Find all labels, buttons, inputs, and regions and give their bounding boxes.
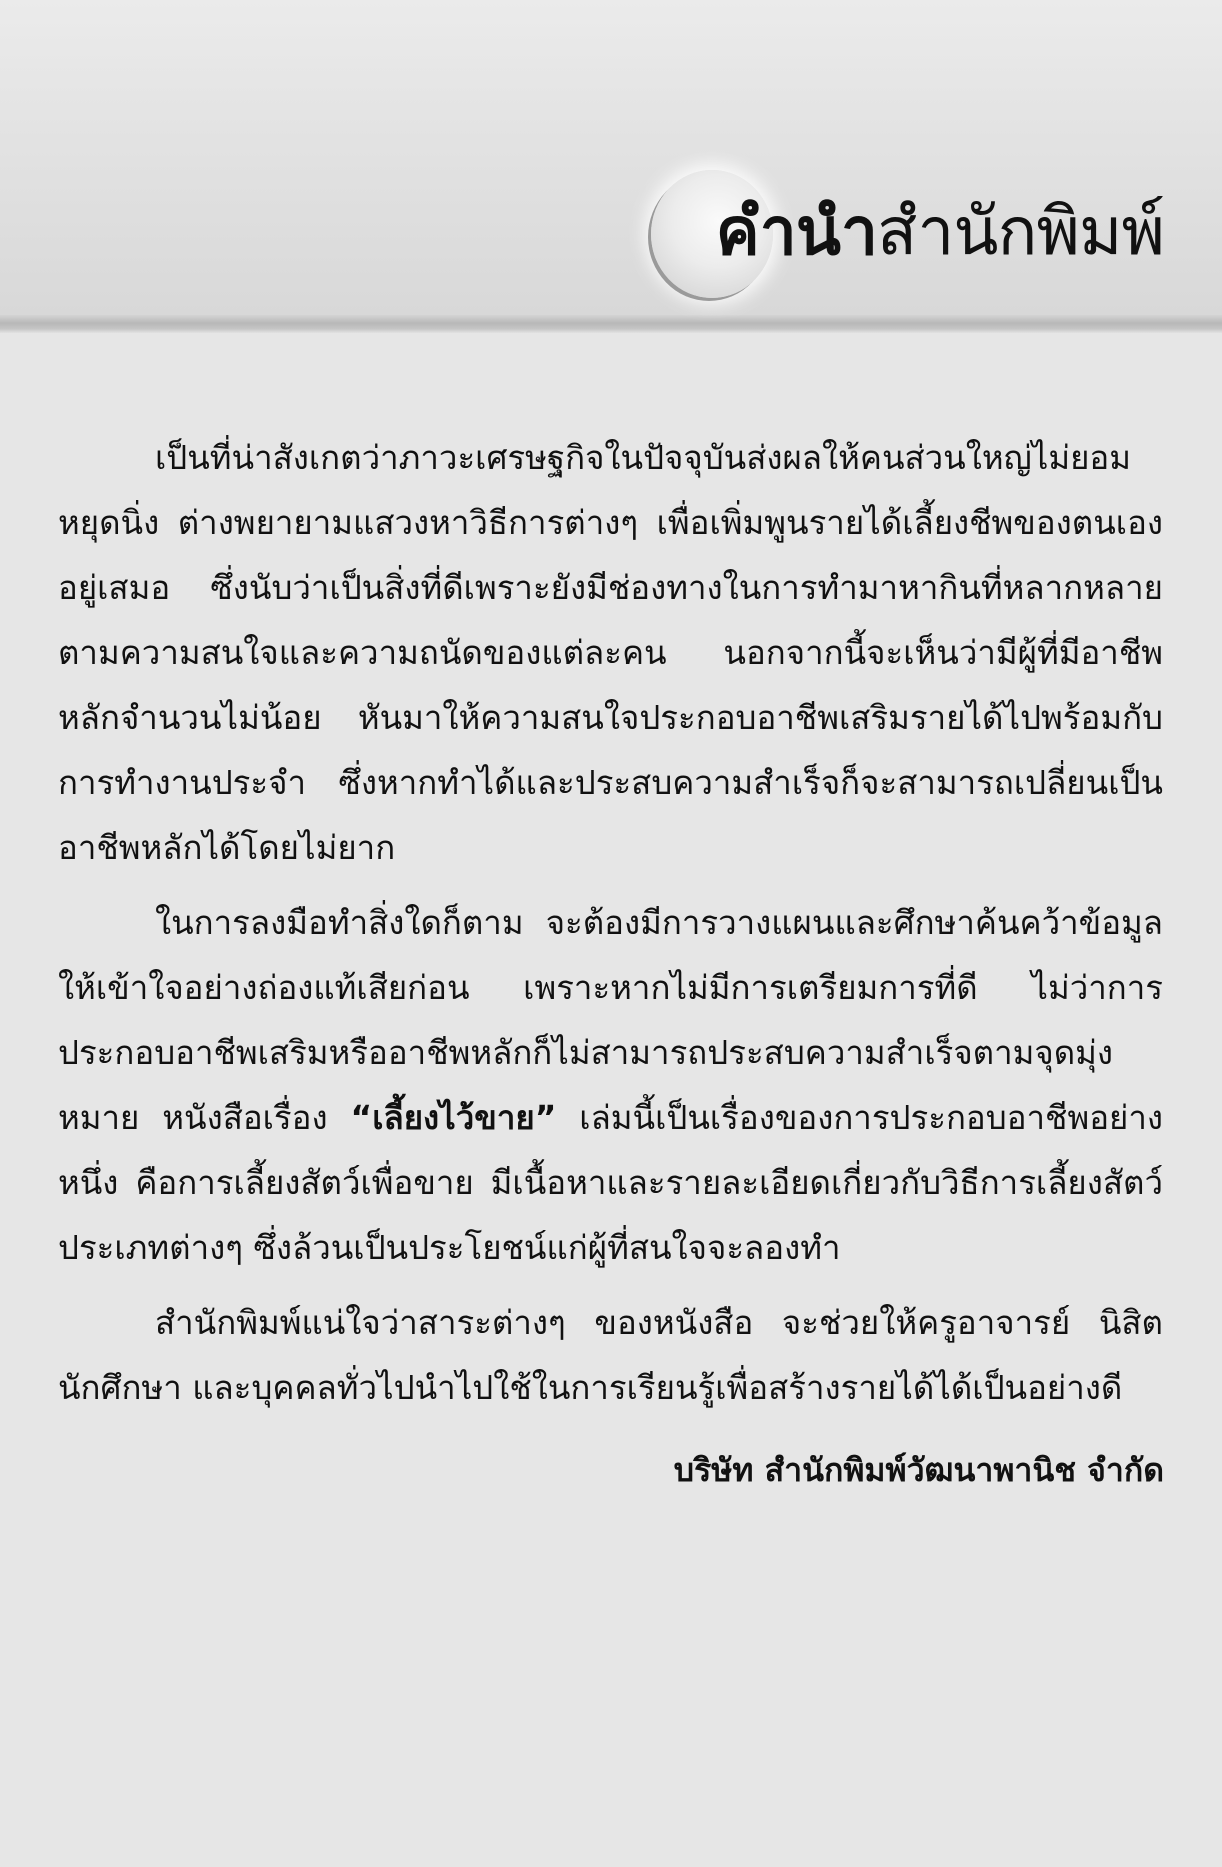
book-title: “เลี้ยงไว้ขาย” — [351, 1098, 557, 1137]
publisher-signature: บริษัท สำนักพิมพ์วัฒนาพานิช จำกัด — [674, 1445, 1164, 1496]
page-title: คำนำสำนักพิมพ์ — [716, 190, 1164, 274]
paragraph-2: ในการลงมือทำสิ่งใดก็ตาม จะต้องมีการวางแผ… — [58, 890, 1163, 1280]
page-title-regular: สำนักพิมพ์ — [877, 193, 1164, 270]
paragraph-1: เป็นที่น่าสังเกตว่าภาวะเศรษฐกิจในปัจจุบั… — [58, 425, 1163, 880]
header-divider — [0, 315, 1222, 333]
page-title-bold: คำนำ — [716, 193, 877, 270]
paragraph-3: สำนักพิมพ์แน่ใจว่าสาระต่างๆ ของหนังสือ จ… — [58, 1290, 1163, 1420]
preface-body: เป็นที่น่าสังเกตว่าภาวะเศรษฐกิจในปัจจุบั… — [58, 425, 1163, 1430]
